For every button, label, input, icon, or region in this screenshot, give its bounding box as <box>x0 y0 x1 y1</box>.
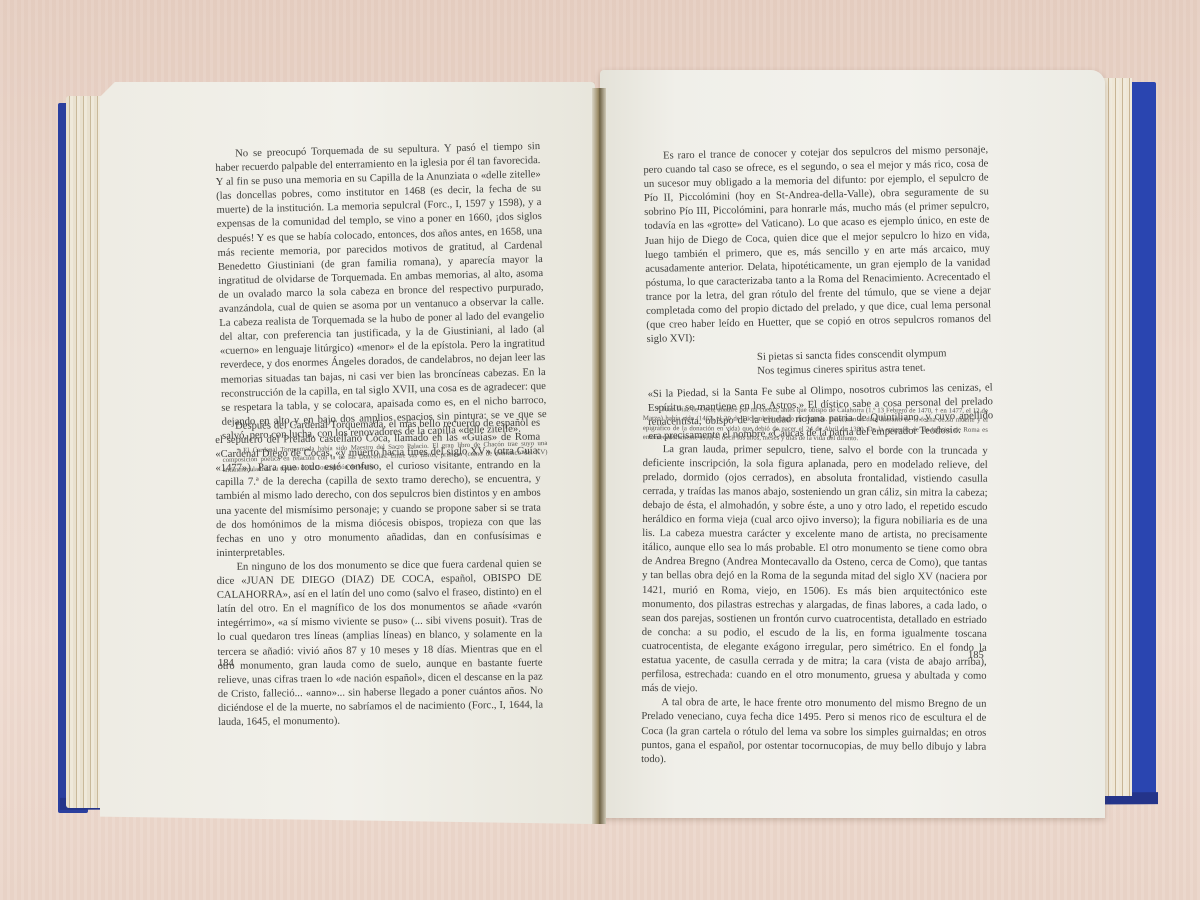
book-gutter <box>592 88 606 824</box>
right-footnote: * Juan Díaz de Coca, añadiré por mi cuen… <box>643 405 988 444</box>
right-page-number: 185 <box>968 650 984 661</box>
left-paragraph-3: En ninguno de los dos monumento se dice … <box>216 558 543 731</box>
left-paragraph-2: Después del Cardenal Torquemada, el más … <box>215 417 541 561</box>
left-page-text-bottom: Después del Cardenal Torquemada, el más … <box>215 417 543 730</box>
right-page-text-bottom: * Juan Díaz de Coca, añadiré por mi cuen… <box>641 402 988 769</box>
right-page-text-top: Es raro el trance de conocer y cotejar d… <box>643 143 994 443</box>
left-paragraph-1: No se preocupó Torquemada de su sepultur… <box>215 140 547 444</box>
right-paragraph-2: La gran lauda, primer sepulcro, tiene, s… <box>641 443 987 698</box>
right-paragraph-3: A tal obra de arte, le hace frente otro … <box>641 696 986 768</box>
left-page-number: 184 <box>218 658 234 669</box>
page-edges-left <box>66 96 102 808</box>
right-paragraph-1: Es raro el trance de conocer y cotejar d… <box>643 143 992 347</box>
